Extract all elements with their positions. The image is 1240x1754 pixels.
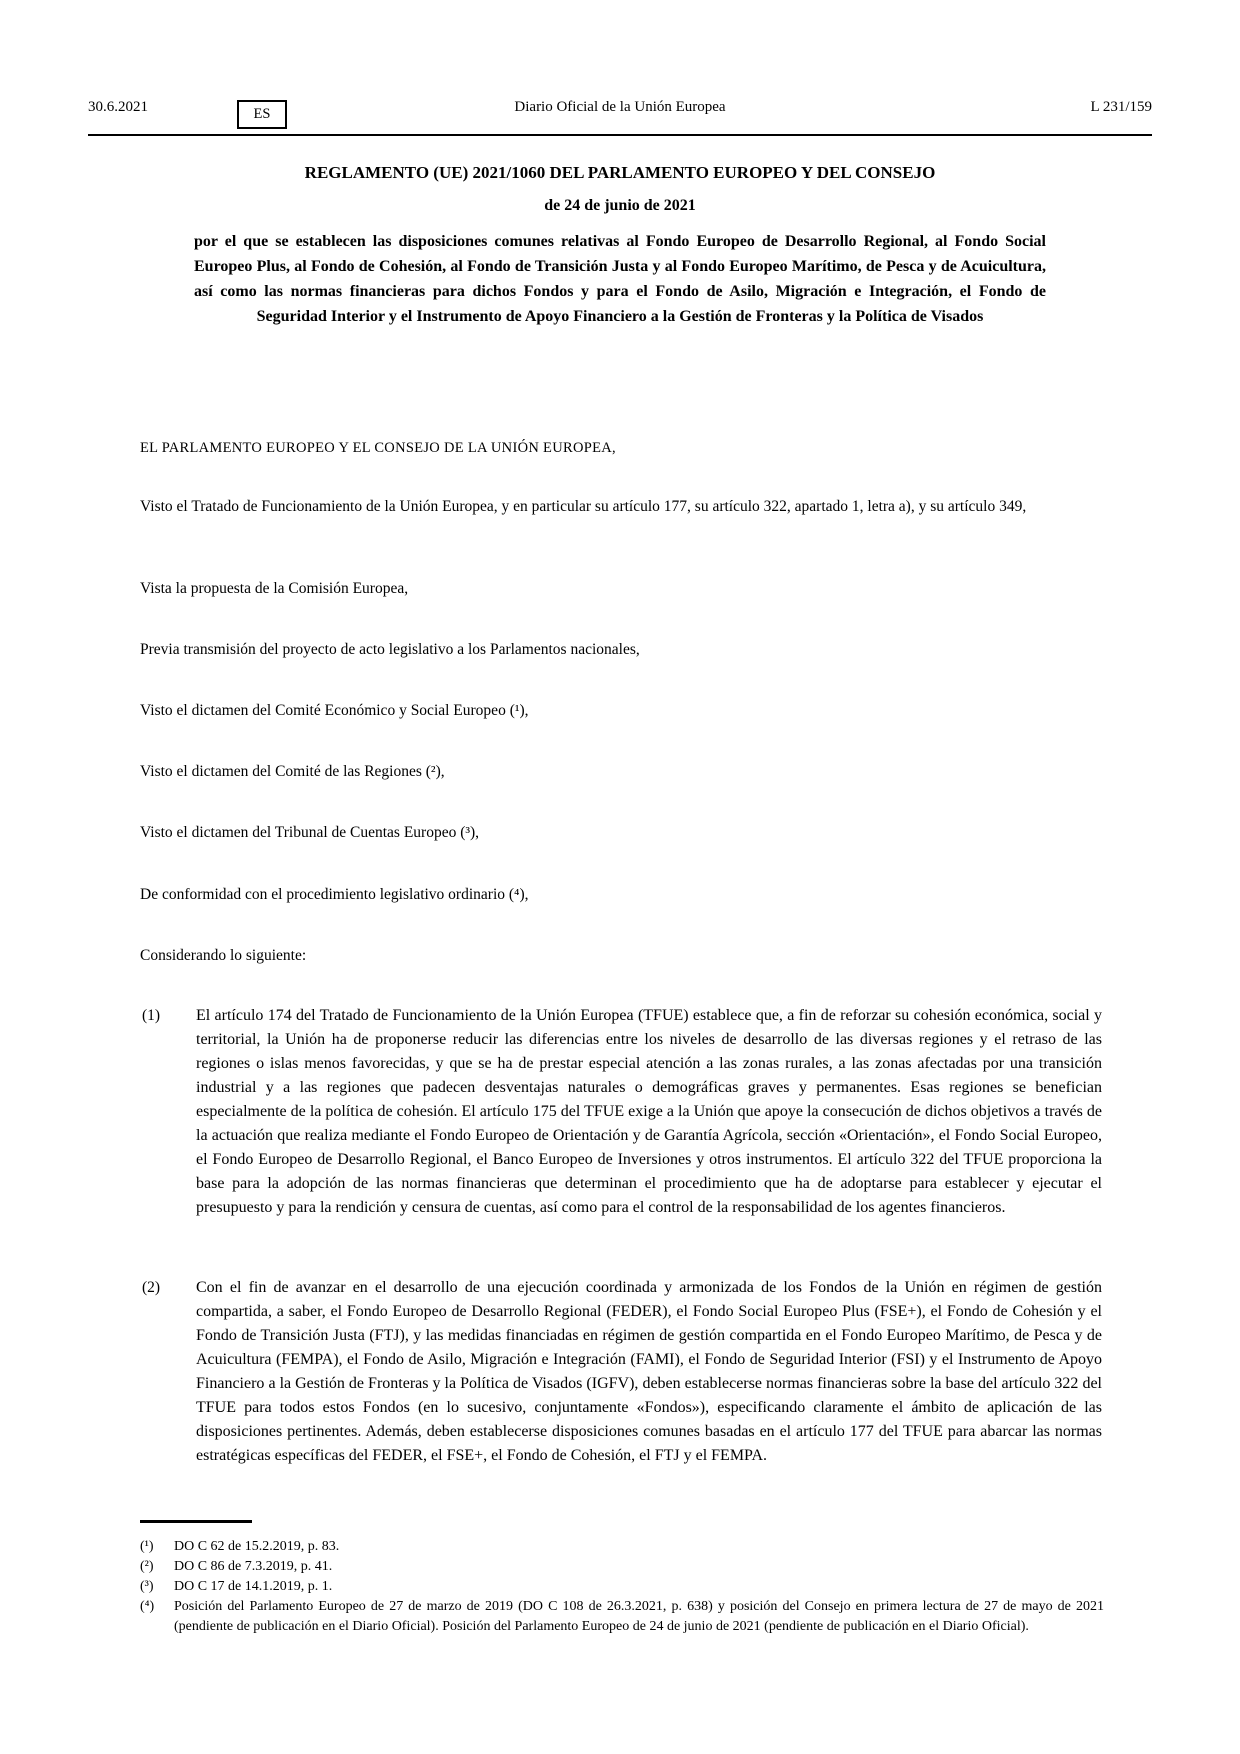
citation-treaty: Visto el Tratado de Funcionamiento de la… xyxy=(140,496,1102,518)
recital-1-number: (1) xyxy=(142,1004,160,1028)
footnote-3-text: DO C 17 de 14.1.2019, p. 1. xyxy=(174,1579,332,1594)
footnotes-block: (¹) DO C 62 de 15.2.2019, p. 83. (²) DO … xyxy=(140,1537,1104,1637)
footnote-1-marker: (¹) xyxy=(140,1537,154,1557)
footnote-2-text: DO C 86 de 7.3.2019, p. 41. xyxy=(174,1559,332,1574)
footnote-4: (⁴) Posición del Parlamento Europeo de 2… xyxy=(140,1597,1104,1637)
footnote-3-marker: (³) xyxy=(140,1577,154,1597)
footnote-4-marker: (⁴) xyxy=(140,1597,154,1617)
footnote-separator xyxy=(140,1520,252,1523)
citation-cor-opinion: Visto el dictamen del Comité de las Regi… xyxy=(140,761,1102,783)
citation-commission-proposal: Vista la propuesta de la Comisión Europe… xyxy=(140,578,1102,600)
preamble-opening: EL PARLAMENTO EUROPEO Y EL CONSEJO DE LA… xyxy=(140,440,616,457)
regulation-title: REGLAMENTO (UE) 2021/1060 DEL PARLAMENTO… xyxy=(0,163,1240,183)
recital-1-text: El artículo 174 del Tratado de Funcionam… xyxy=(196,1004,1102,1220)
recital-2-text: Con el fin de avanzar en el desarrollo d… xyxy=(196,1276,1102,1468)
recital-1: (1) El artículo 174 del Tratado de Funci… xyxy=(140,1004,1102,1220)
footnote-1-text: DO C 62 de 15.2.2019, p. 83. xyxy=(174,1539,339,1554)
regulation-date: de 24 de junio de 2021 xyxy=(0,197,1240,215)
footnote-3: (³) DO C 17 de 14.1.2019, p. 1. xyxy=(140,1577,1104,1597)
journal-title: Diario Oficial de la Unión Europea xyxy=(0,99,1240,116)
regulation-subject: por el que se establecen las disposicion… xyxy=(194,229,1046,329)
recital-2-number: (2) xyxy=(142,1276,160,1300)
page-number: L 231/159 xyxy=(1090,99,1152,116)
footnote-2: (²) DO C 86 de 7.3.2019, p. 41. xyxy=(140,1557,1104,1577)
document-page: 30.6.2021 ES Diario Oficial de la Unión … xyxy=(0,0,1240,1754)
citation-court-of-auditors-opinion: Visto el dictamen del Tribunal de Cuenta… xyxy=(140,822,1102,844)
footnote-2-marker: (²) xyxy=(140,1557,154,1577)
recital-2: (2) Con el fin de avanzar en el desarrol… xyxy=(140,1276,1102,1468)
recitals-intro: Considerando lo siguiente: xyxy=(140,945,1102,967)
citation-national-parliaments: Previa transmisión del proyecto de acto … xyxy=(140,639,1102,661)
footnote-4-text: Posición del Parlamento Europeo de 27 de… xyxy=(174,1599,1104,1634)
citation-legislative-procedure: De conformidad con el procedimiento legi… xyxy=(140,884,1102,906)
header-rule xyxy=(88,134,1152,136)
citation-eesc-opinion: Visto el dictamen del Comité Económico y… xyxy=(140,700,1102,722)
footnote-1: (¹) DO C 62 de 15.2.2019, p. 83. xyxy=(140,1537,1104,1557)
